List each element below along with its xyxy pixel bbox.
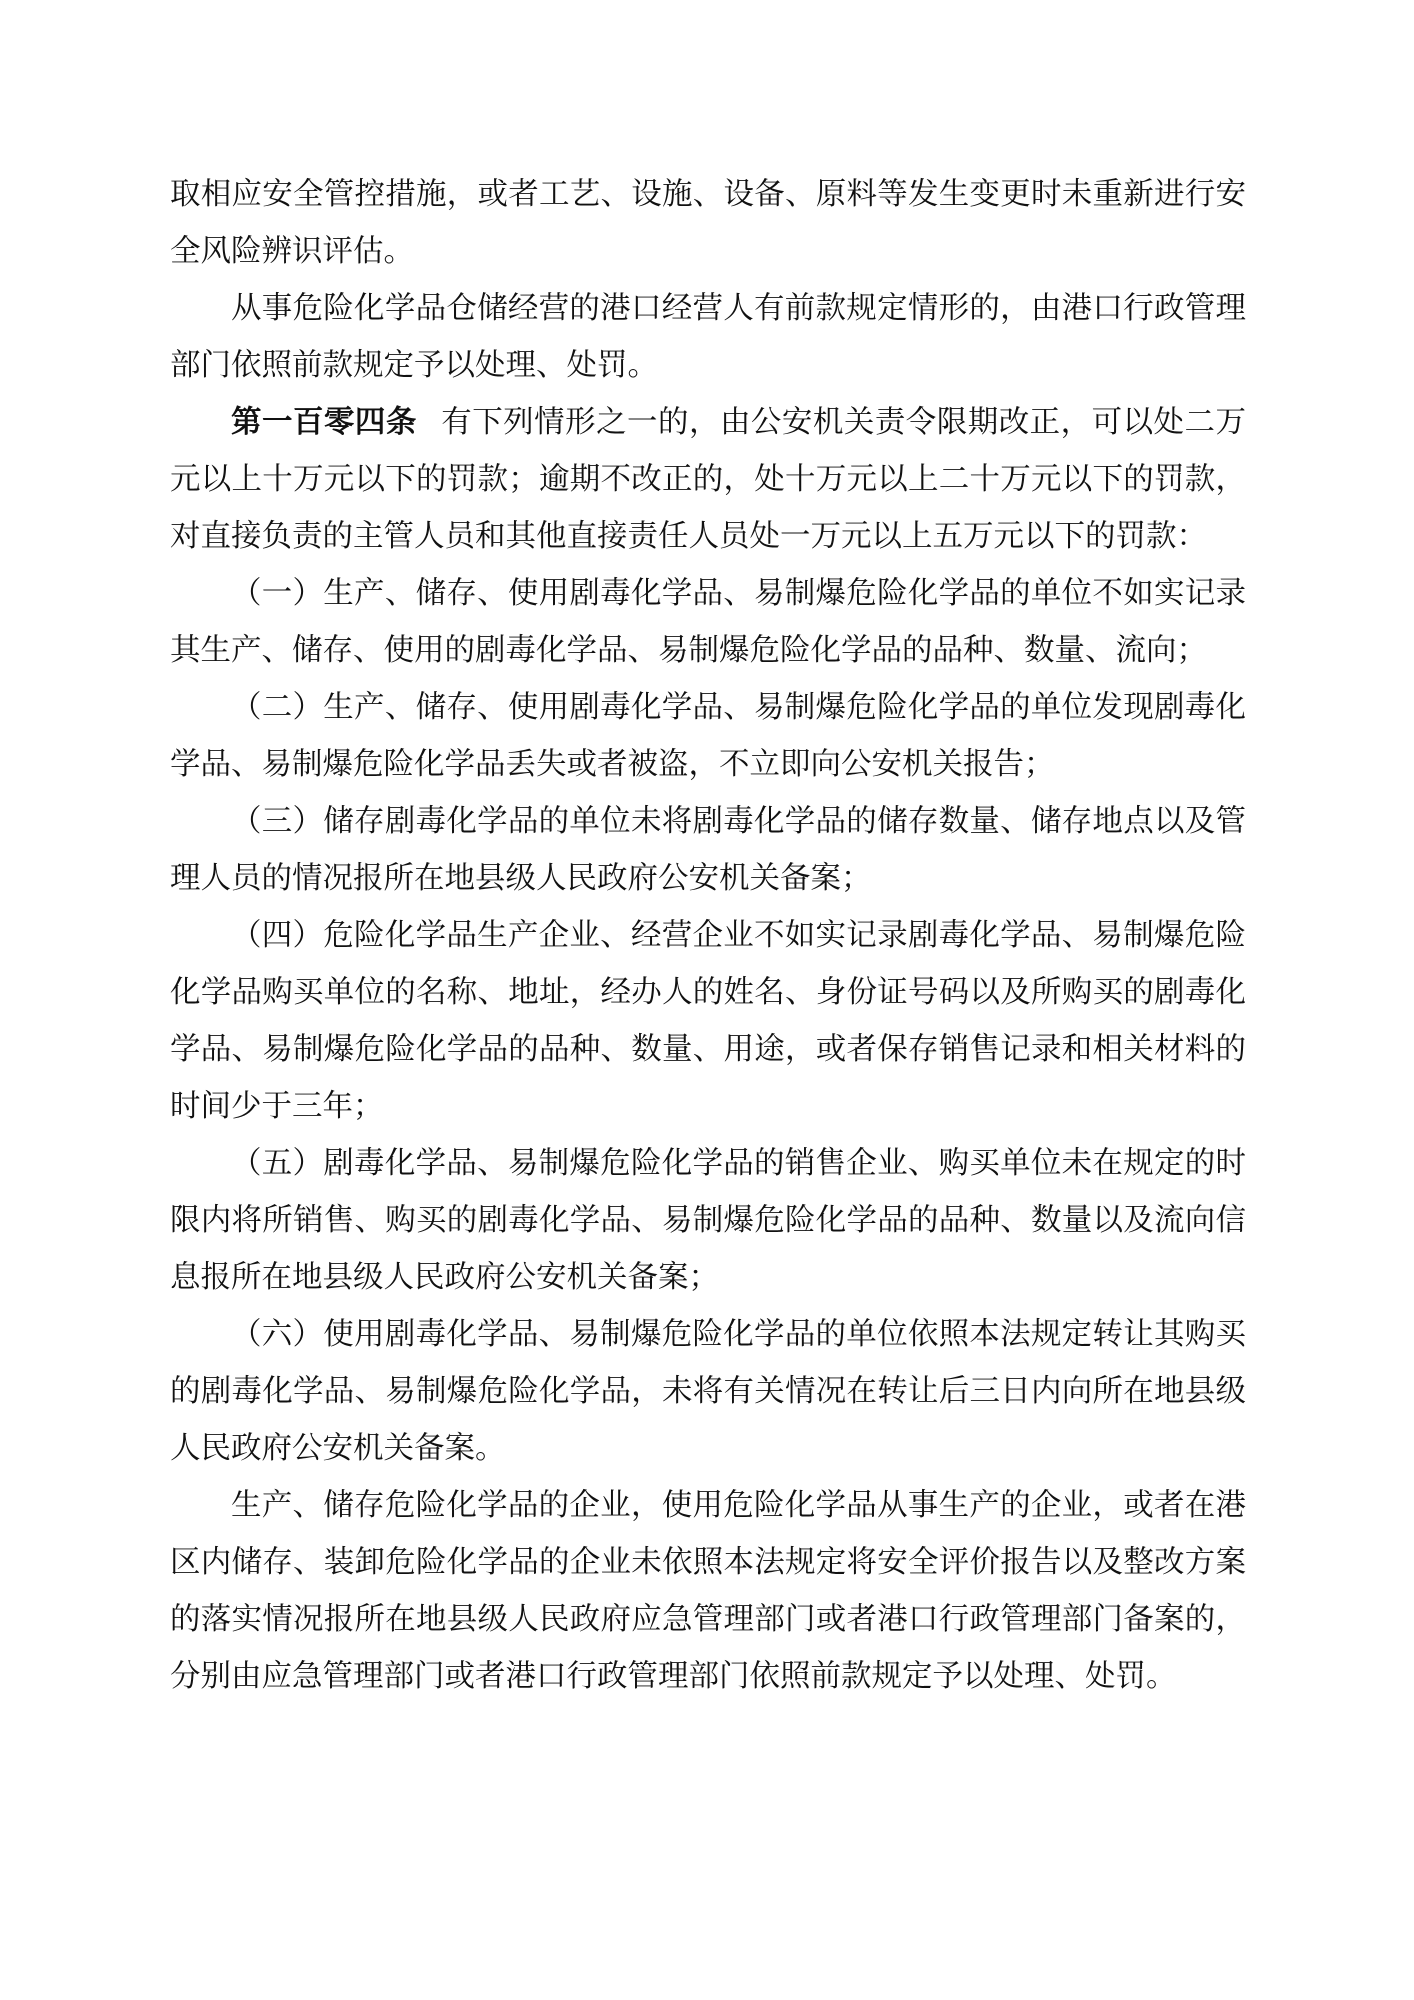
article-104-item-1: （一）生产、储存、使用剧毒化学品、易制爆危险化学品的单位不如实记录其生产、储存、… xyxy=(170,565,1246,679)
article-104-item-4: （四）危险化学品生产企业、经营企业不如实记录剧毒化学品、易制爆危险化学品购买单位… xyxy=(170,907,1246,1135)
article-number-label: 第一百零四条 xyxy=(231,405,417,439)
article-104-item-2: （二）生产、储存、使用剧毒化学品、易制爆危险化学品的单位发现剧毒化学品、易制爆危… xyxy=(170,679,1246,793)
article-104-item-5: （五）剧毒化学品、易制爆危险化学品的销售企业、购买单位未在规定的时限内将所销售、… xyxy=(170,1135,1246,1306)
paragraph-continuation: 取相应安全管控措施，或者工艺、设施、设备、原料等发生变更时未重新进行安全风险辨识… xyxy=(170,166,1246,280)
article-104-item-6: （六）使用剧毒化学品、易制爆危险化学品的单位依照本法规定转让其购买的剧毒化学品、… xyxy=(170,1306,1246,1477)
paragraph-article-104: 第一百零四条有下列情形之一的，由公安机关责令限期改正，可以处二万元以上十万元以下… xyxy=(170,394,1246,565)
paragraph-closing: 生产、储存危险化学品的企业，使用危险化学品从事生产的企业，或者在港区内储存、装卸… xyxy=(170,1477,1246,1705)
document-page: 取相应安全管控措施，或者工艺、设施、设备、原料等发生变更时未重新进行安全风险辨识… xyxy=(0,0,1414,2000)
article-104-item-3: （三）储存剧毒化学品的单位未将剧毒化学品的储存数量、储存地点以及管理人员的情况报… xyxy=(170,793,1246,907)
text-column: 取相应安全管控措施，或者工艺、设施、设备、原料等发生变更时未重新进行安全风险辨识… xyxy=(170,166,1246,1705)
paragraph-port-operator: 从事危险化学品仓储经营的港口经营人有前款规定情形的，由港口行政管理部门依照前款规… xyxy=(170,280,1246,394)
